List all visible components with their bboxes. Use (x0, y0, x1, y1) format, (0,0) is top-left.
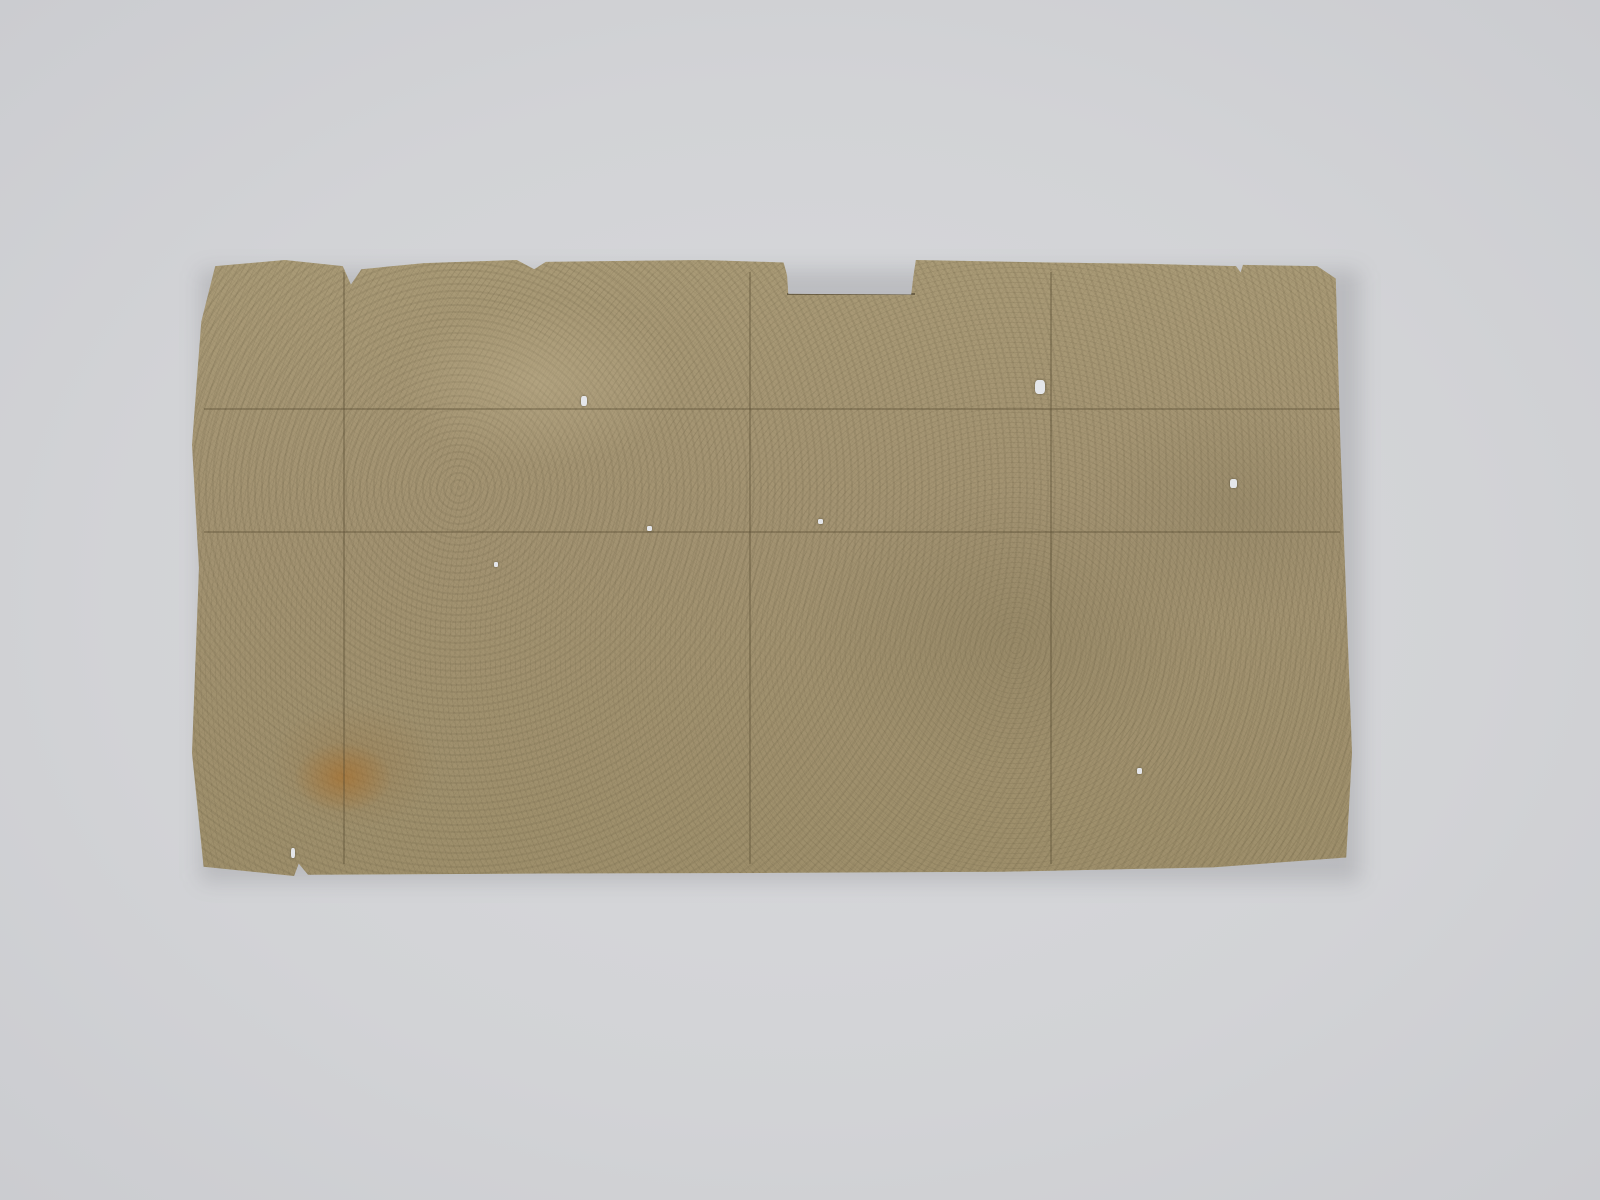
aged-paper-note (192, 260, 1352, 876)
fold-line (343, 272, 345, 863)
fold-line (1050, 272, 1052, 863)
paper-hole (1137, 768, 1142, 774)
photo-scene (0, 0, 1600, 1200)
paper-hole (818, 519, 823, 524)
paper-hole (647, 526, 652, 531)
fold-line (204, 408, 1341, 410)
paper-hole (581, 396, 587, 406)
fold-line (204, 531, 1341, 533)
paper-hole (494, 562, 498, 567)
fold-line (749, 272, 751, 863)
paper-hole (1035, 380, 1045, 394)
paper-hole (1230, 479, 1237, 488)
paper-hole (291, 848, 295, 858)
